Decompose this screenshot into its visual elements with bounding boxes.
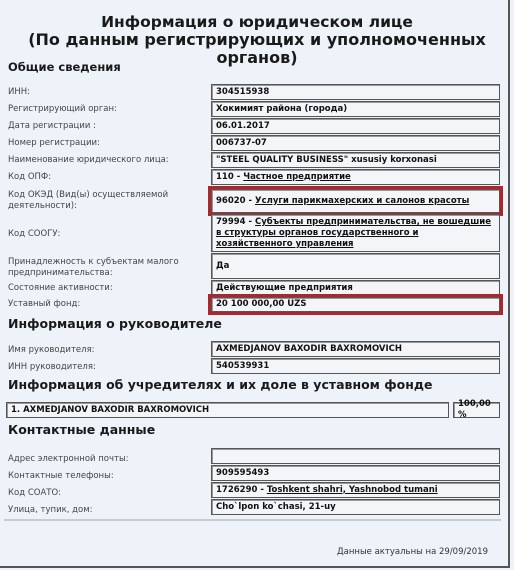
- section-director: Информация о руководителе: [8, 316, 222, 331]
- founder-share: 100,00 %: [453, 402, 500, 418]
- reg-date-label: Дата регистрации :: [8, 121, 208, 132]
- email-label: Адрес электронной почты:: [8, 454, 208, 465]
- director-inn-value: 540539931: [211, 358, 500, 374]
- capital-label: Уставный фонд:: [8, 299, 208, 310]
- divider: [4, 519, 501, 521]
- director-name-value: AXMEDJANOV BAXODIR BAXROMOVICH: [211, 341, 500, 357]
- street-value: Cho`lpon ko`chasi, 21-uy: [211, 499, 500, 515]
- email-value: [211, 448, 500, 464]
- street-label: Улица, тупик, дом:: [8, 505, 208, 516]
- section-founders: Информация об учредителях и их доле в ус…: [8, 377, 432, 392]
- soogu-value: 79994 - Субъекты предпринимательства, не…: [211, 214, 500, 252]
- activity-value: Действующие предприятия: [211, 280, 500, 296]
- section-contacts: Контактные данные: [8, 422, 155, 437]
- phone-label: Контактные телефоны:: [8, 471, 208, 482]
- opf-link[interactable]: Частное предприятие: [243, 172, 351, 183]
- oked-label-line2: деятельности):: [8, 201, 208, 212]
- reg-body-value: Хокимият района (города): [211, 101, 500, 117]
- phone-value: 909595493: [211, 465, 500, 481]
- opf-label: Код ОПФ:: [8, 172, 208, 183]
- small-biz-label: Принадлежность к субъектам малого предпр…: [8, 257, 208, 279]
- section-general: Общие сведения: [8, 60, 121, 74]
- founder-name: 1. AXMEDJANOV BAXODIR BAXROMOVICH: [6, 402, 449, 418]
- name-value: "STEEL QUALITY BUSINESS" xususiy korxona…: [211, 152, 500, 168]
- director-inn-label: ИНН руководителя:: [8, 362, 208, 373]
- opf-code: 110: [216, 172, 234, 183]
- oked-label-line1: Код ОКЭД (Вид(ы) осуществляемой: [8, 190, 208, 201]
- small-biz-value: Да: [211, 253, 500, 279]
- soogu-code: 79994: [216, 217, 246, 227]
- oked-link[interactable]: Услуги парикмахерских и салонов красоты: [255, 196, 469, 207]
- soato-code: 1726290: [216, 485, 257, 496]
- oked-value: 96020 - Услуги парикмахерских и салонов …: [211, 189, 500, 213]
- director-name-label: Имя руководителя:: [8, 345, 208, 356]
- reg-body-label: Регистрирующий орган:: [8, 104, 208, 115]
- small-biz-label-line2: предпринимательства:: [8, 268, 208, 279]
- oked-code: 96020: [216, 196, 246, 207]
- reg-date-value: 06.01.2017: [211, 118, 500, 134]
- data-actuality-date: Данные актуальны на 29/09/2019: [337, 547, 488, 557]
- soogu-link[interactable]: Субъекты предпринимательства, не вошедши…: [216, 217, 491, 249]
- oked-label: Код ОКЭД (Вид(ы) осуществляемой деятельн…: [8, 190, 208, 212]
- page-title: Информация о юридическом лице: [0, 13, 514, 31]
- capital-value: 20 100 000,00 UZS: [211, 297, 500, 312]
- name-label: Наименование юридического лица:: [8, 155, 208, 166]
- opf-value: 110 - Частное предприятие: [211, 169, 500, 185]
- soato-label: Код СОАТО:: [8, 488, 208, 499]
- inn-label: ИНН:: [8, 87, 208, 98]
- reg-number-value: 006737-07: [211, 135, 500, 151]
- small-biz-label-line1: Принадлежность к субъектам малого: [8, 257, 208, 268]
- inn-value: 304515938: [211, 84, 500, 100]
- reg-number-label: Номер регистрации:: [8, 138, 208, 149]
- activity-label: Состояние активности:: [8, 283, 208, 294]
- soogu-label: Код СООГУ:: [8, 229, 208, 240]
- soato-link[interactable]: Toshkent shahri, Yashnobod tumani: [267, 485, 438, 496]
- soato-value: 1726290 - Toshkent shahri, Yashnobod tum…: [211, 482, 500, 498]
